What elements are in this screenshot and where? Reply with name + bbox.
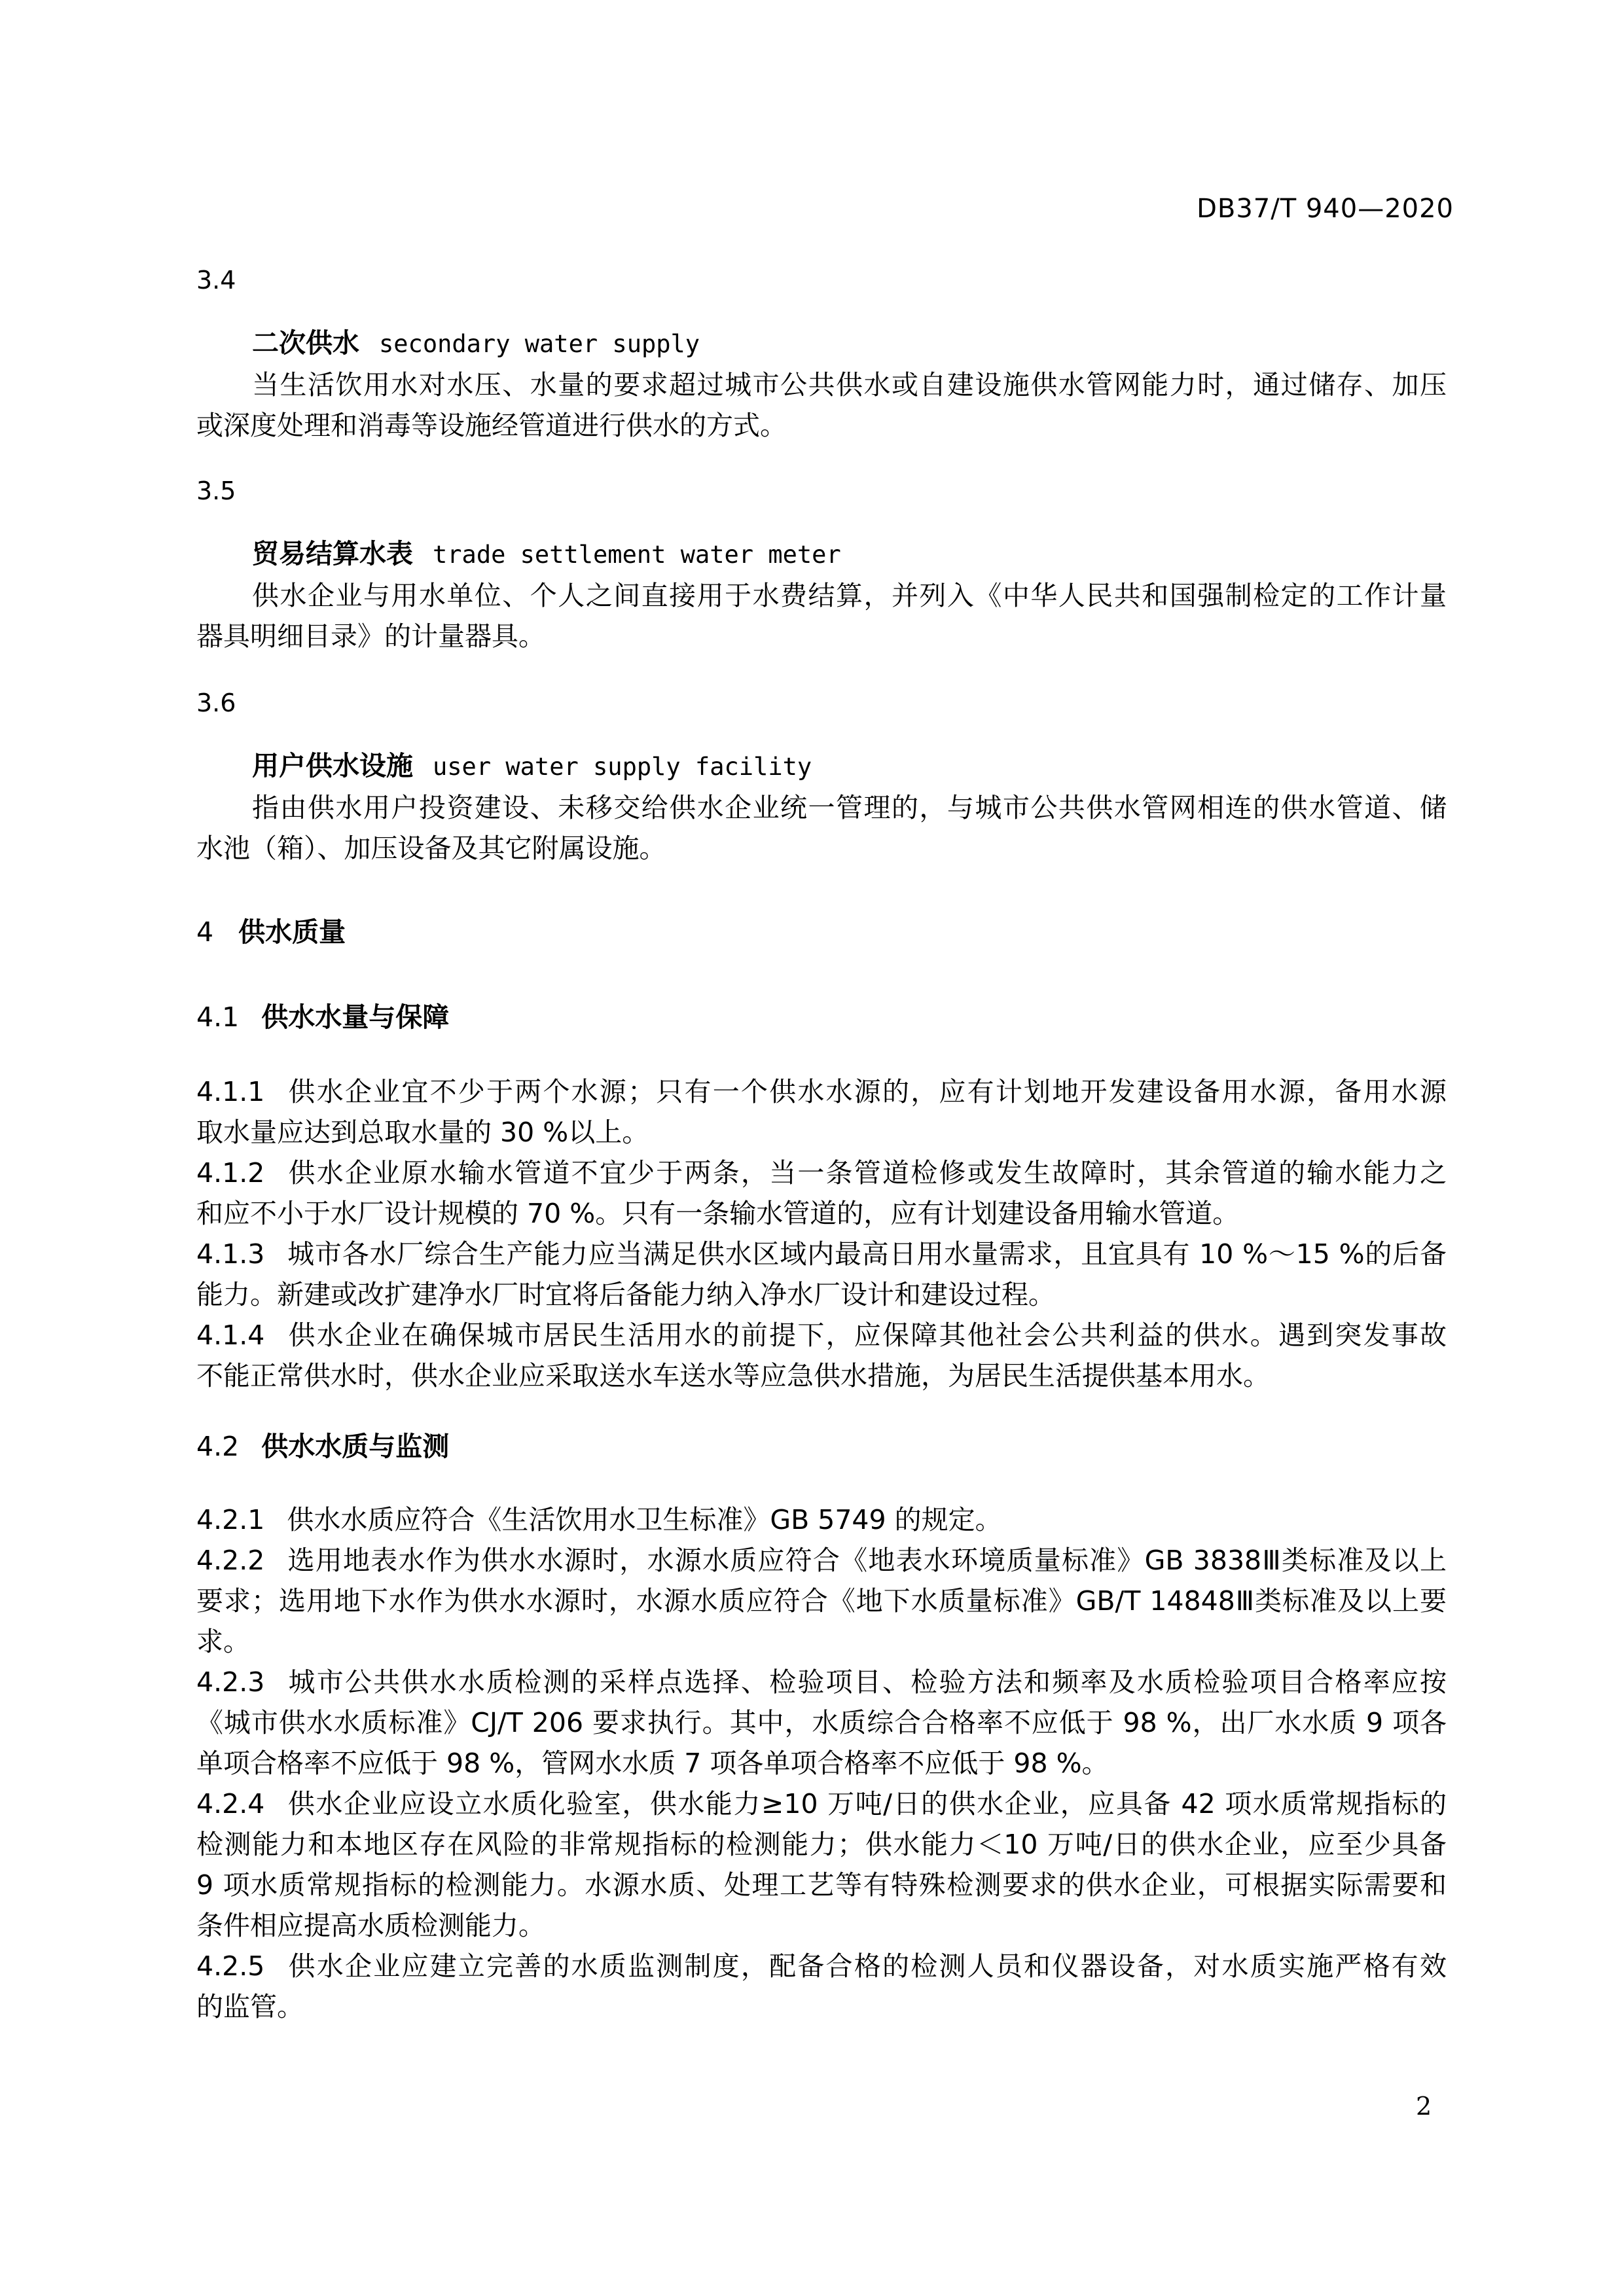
clause-number: 4.2.1 xyxy=(196,1504,264,1535)
clause-number: 4.1.2 xyxy=(196,1157,264,1189)
clause-text: 供水企业在确保城市居民生活用水的前提下，应保障其他社会公共利益的供水。遇到突发事… xyxy=(287,1319,1447,1351)
term-title: 二次供水secondary water supply xyxy=(252,327,700,360)
section-number: 4 xyxy=(196,916,213,948)
term-number: 3.6 xyxy=(196,687,1447,719)
clause-line: 4.2.3城市公共供水水质检测的采样点选择、检验项目、检验方法和频率及水质检验项… xyxy=(196,1666,1447,1698)
clause-line: 4.2.2选用地表水作为供水水源时，水源水质应符合《地表水环境质量标准》GB 3… xyxy=(196,1545,1447,1576)
subsection-title: 供水水量与保障 xyxy=(261,1001,449,1033)
clause-text: 供水企业应设立水质化验室，供水能力≥10 万吨/日的供水企业，应具备 42 项水… xyxy=(287,1788,1447,1820)
document-page: DB37/T 940—2020 3.4 二次供水secondary water … xyxy=(0,0,1624,2296)
clause-line: 的监管。 xyxy=(196,1991,1447,2022)
clause-line: 4.1.3城市各水厂综合生产能力应当满足供水区域内最高日用水量需求，且宜具有 1… xyxy=(196,1238,1447,1270)
clause-line: 单项合格率不应低于 98 %，管网水水质 7 项各单项合格率不应低于 98 %。 xyxy=(196,1748,1447,1779)
definition-line: 器具明细目录》的计量器具。 xyxy=(196,620,1447,652)
document-code: DB37/T 940—2020 xyxy=(1197,194,1454,224)
term-number: 3.4 xyxy=(196,264,1447,296)
section-title: 供水质量 xyxy=(238,916,346,948)
clause-line: 检测能力和本地区存在风险的非常规指标的检测能力；供水能力＜10 万吨/日的供水企… xyxy=(196,1829,1447,1860)
clause-text: 供水企业原水输水管道不宜少于两条，当一条管道检修或发生故障时，其余管道的输水能力… xyxy=(287,1157,1447,1189)
clause-line: 4.1.2供水企业原水输水管道不宜少于两条，当一条管道检修或发生故障时，其余管道… xyxy=(196,1157,1447,1189)
clause-line: 不能正常供水时，供水企业应采取送水车送水等应急供水措施，为居民生活提供基本用水。 xyxy=(196,1360,1447,1391)
clause-number: 4.2.4 xyxy=(196,1788,264,1820)
clause-text: 供水企业宜不少于两个水源；只有一个供水水源的，应有计划地开发建设备用水源，备用水… xyxy=(287,1076,1447,1107)
clause-number: 4.2.3 xyxy=(196,1666,264,1698)
term-chinese: 二次供水 xyxy=(252,327,359,359)
term-chinese: 用户供水设施 xyxy=(252,750,413,781)
clause-line: 要求；选用地下水作为供水水源时，水源水质应符合《地下水质量标准》GB/T 148… xyxy=(196,1585,1447,1617)
term-title: 贸易结算水表trade settlement water meter xyxy=(252,538,841,571)
clause-text: 城市公共供水水质检测的采样点选择、检验项目、检验方法和频率及水质检验项目合格率应… xyxy=(287,1666,1447,1698)
term-number: 3.5 xyxy=(196,475,1447,507)
clause-text: 供水企业应建立完善的水质监测制度，配备合格的检测人员和仪器设备，对水质实施严格有… xyxy=(287,1950,1447,1982)
term-chinese: 贸易结算水表 xyxy=(252,538,413,569)
clause-line: 4.2.1供水水质应符合《生活饮用水卫生标准》GB 5749 的规定。 xyxy=(196,1504,1447,1535)
clause-line: 4.1.1供水企业宜不少于两个水源；只有一个供水水源的，应有计划地开发建设备用水… xyxy=(196,1076,1447,1107)
subsection-number: 4.1 xyxy=(196,1001,239,1033)
subsection-title: 供水水质与监测 xyxy=(261,1431,449,1462)
clause-line: 4.2.4供水企业应设立水质化验室，供水能力≥10 万吨/日的供水企业，应具备 … xyxy=(196,1788,1447,1820)
clause-line: 取水量应达到总取水量的 30 %以上。 xyxy=(196,1117,1447,1148)
clause-line: 4.2.5供水企业应建立完善的水质监测制度，配备合格的检测人员和仪器设备，对水质… xyxy=(196,1950,1447,1982)
clause-line: 和应不小于水厂设计规模的 70 %。只有一条输水管道的，应有计划建设备用输水管道… xyxy=(196,1198,1447,1229)
clause-text: 供水水质应符合《生活饮用水卫生标准》GB 5749 的规定。 xyxy=(287,1504,1001,1535)
clause-number: 4.1.3 xyxy=(196,1238,264,1270)
definition-line: 当生活饮用水对水压、水量的要求超过城市公共供水或自建设施供水管网能力时，通过储存… xyxy=(252,369,1447,401)
definition-line: 或深度处理和消毒等设施经管道进行供水的方式。 xyxy=(196,410,1447,441)
clause-line: 求。 xyxy=(196,1626,1447,1657)
subsection-heading: 4.1供水水量与保障 xyxy=(196,1001,449,1033)
clause-number: 4.2.2 xyxy=(196,1545,264,1576)
clause-number: 4.1.1 xyxy=(196,1076,264,1107)
clause-line: 能力。新建或改扩建净水厂时宜将后备能力纳入净水厂设计和建设过程。 xyxy=(196,1279,1447,1310)
term-english: user water supply facility xyxy=(433,753,812,781)
term-title: 用户供水设施user water supply facility xyxy=(252,750,812,783)
subsection-number: 4.2 xyxy=(196,1431,239,1462)
clause-line: 4.1.4供水企业在确保城市居民生活用水的前提下，应保障其他社会公共利益的供水。… xyxy=(196,1319,1447,1351)
clause-number: 4.2.5 xyxy=(196,1950,264,1982)
page-number: 2 xyxy=(1416,2092,1432,2121)
section-heading: 4供水质量 xyxy=(196,916,346,948)
clause-text: 选用地表水作为供水水源时，水源水质应符合《地表水环境质量标准》GB 3838Ⅲ类… xyxy=(287,1545,1447,1576)
subsection-heading: 4.2供水水质与监测 xyxy=(196,1431,449,1462)
clause-line: 条件相应提高水质检测能力。 xyxy=(196,1910,1447,1941)
term-english: secondary water supply xyxy=(379,330,700,358)
definition-line: 供水企业与用水单位、个人之间直接用于水费结算，并列入《中华人民共和国强制检定的工… xyxy=(252,580,1447,611)
definition-line: 水池（箱）、加压设备及其它附属设施。 xyxy=(196,833,1447,864)
definition-line: 指由供水用户投资建设、未移交给供水企业统一管理的，与城市公共供水管网相连的供水管… xyxy=(252,792,1447,823)
clause-text: 城市各水厂综合生产能力应当满足供水区域内最高日用水量需求，且宜具有 10 %～1… xyxy=(287,1238,1447,1270)
clause-line: 《城市供水水质标准》CJ/T 206 要求执行。其中，水质综合合格率不应低于 9… xyxy=(196,1707,1447,1738)
term-english: trade settlement water meter xyxy=(433,541,841,569)
clause-number: 4.1.4 xyxy=(196,1319,264,1351)
clause-line: 9 项水质常规指标的检测能力。水源水质、处理工艺等有特殊检测要求的供水企业，可根… xyxy=(196,1869,1447,1901)
